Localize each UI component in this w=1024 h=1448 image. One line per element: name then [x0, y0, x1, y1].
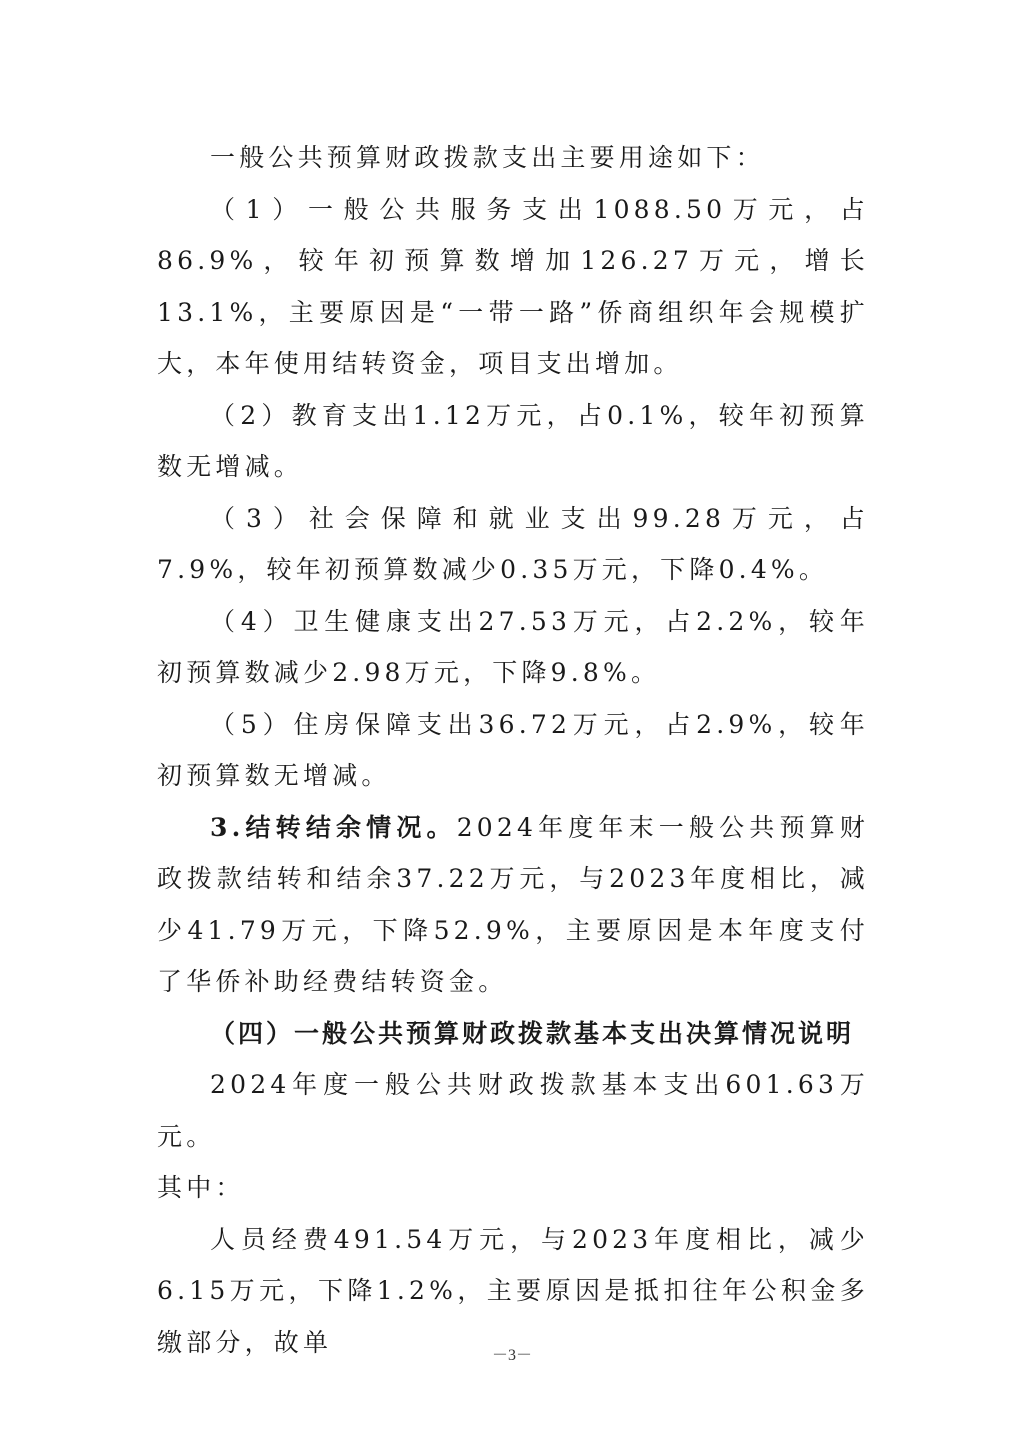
item-education: （2）教育支出1.12万元，占0.1%，较年初预算数无增减。 — [157, 390, 869, 493]
item-social-security: （3）社会保障和就业支出99.28万元，占7.9%，较年初预算数减少0.35万元… — [157, 493, 869, 596]
basic-expenditure-summary-cont: 其中： — [157, 1162, 869, 1214]
intro-paragraph: 一般公共预算财政拨款支出主要用途如下： — [157, 132, 869, 184]
item-general-public-services: （1）一般公共服务支出1088.50万元，占86.9%，较年初预算数增加126.… — [157, 184, 869, 390]
page-number: －3－ — [0, 1342, 1024, 1365]
carryover-paragraph: 3.结转结余情况。2024年度年末一般公共预算财政拨款结转和结余37.22万元，… — [157, 802, 869, 1008]
document-body: 一般公共预算财政拨款支出主要用途如下： （1）一般公共服务支出1088.50万元… — [157, 132, 869, 1368]
basic-expenditure-summary: 2024年度一般公共财政拨款基本支出601.63万元。 — [157, 1059, 869, 1162]
section-4-heading: （四）一般公共预算财政拨款基本支出决算情况说明 — [157, 1008, 869, 1060]
carryover-label: 3.结转结余情况。 — [210, 813, 457, 842]
item-housing: （5）住房保障支出36.72万元，占2.9%，较年初预算数无增减。 — [157, 699, 869, 802]
item-health: （4）卫生健康支出27.53万元，占2.2%，较年初预算数减少2.98万元，下降… — [157, 596, 869, 699]
